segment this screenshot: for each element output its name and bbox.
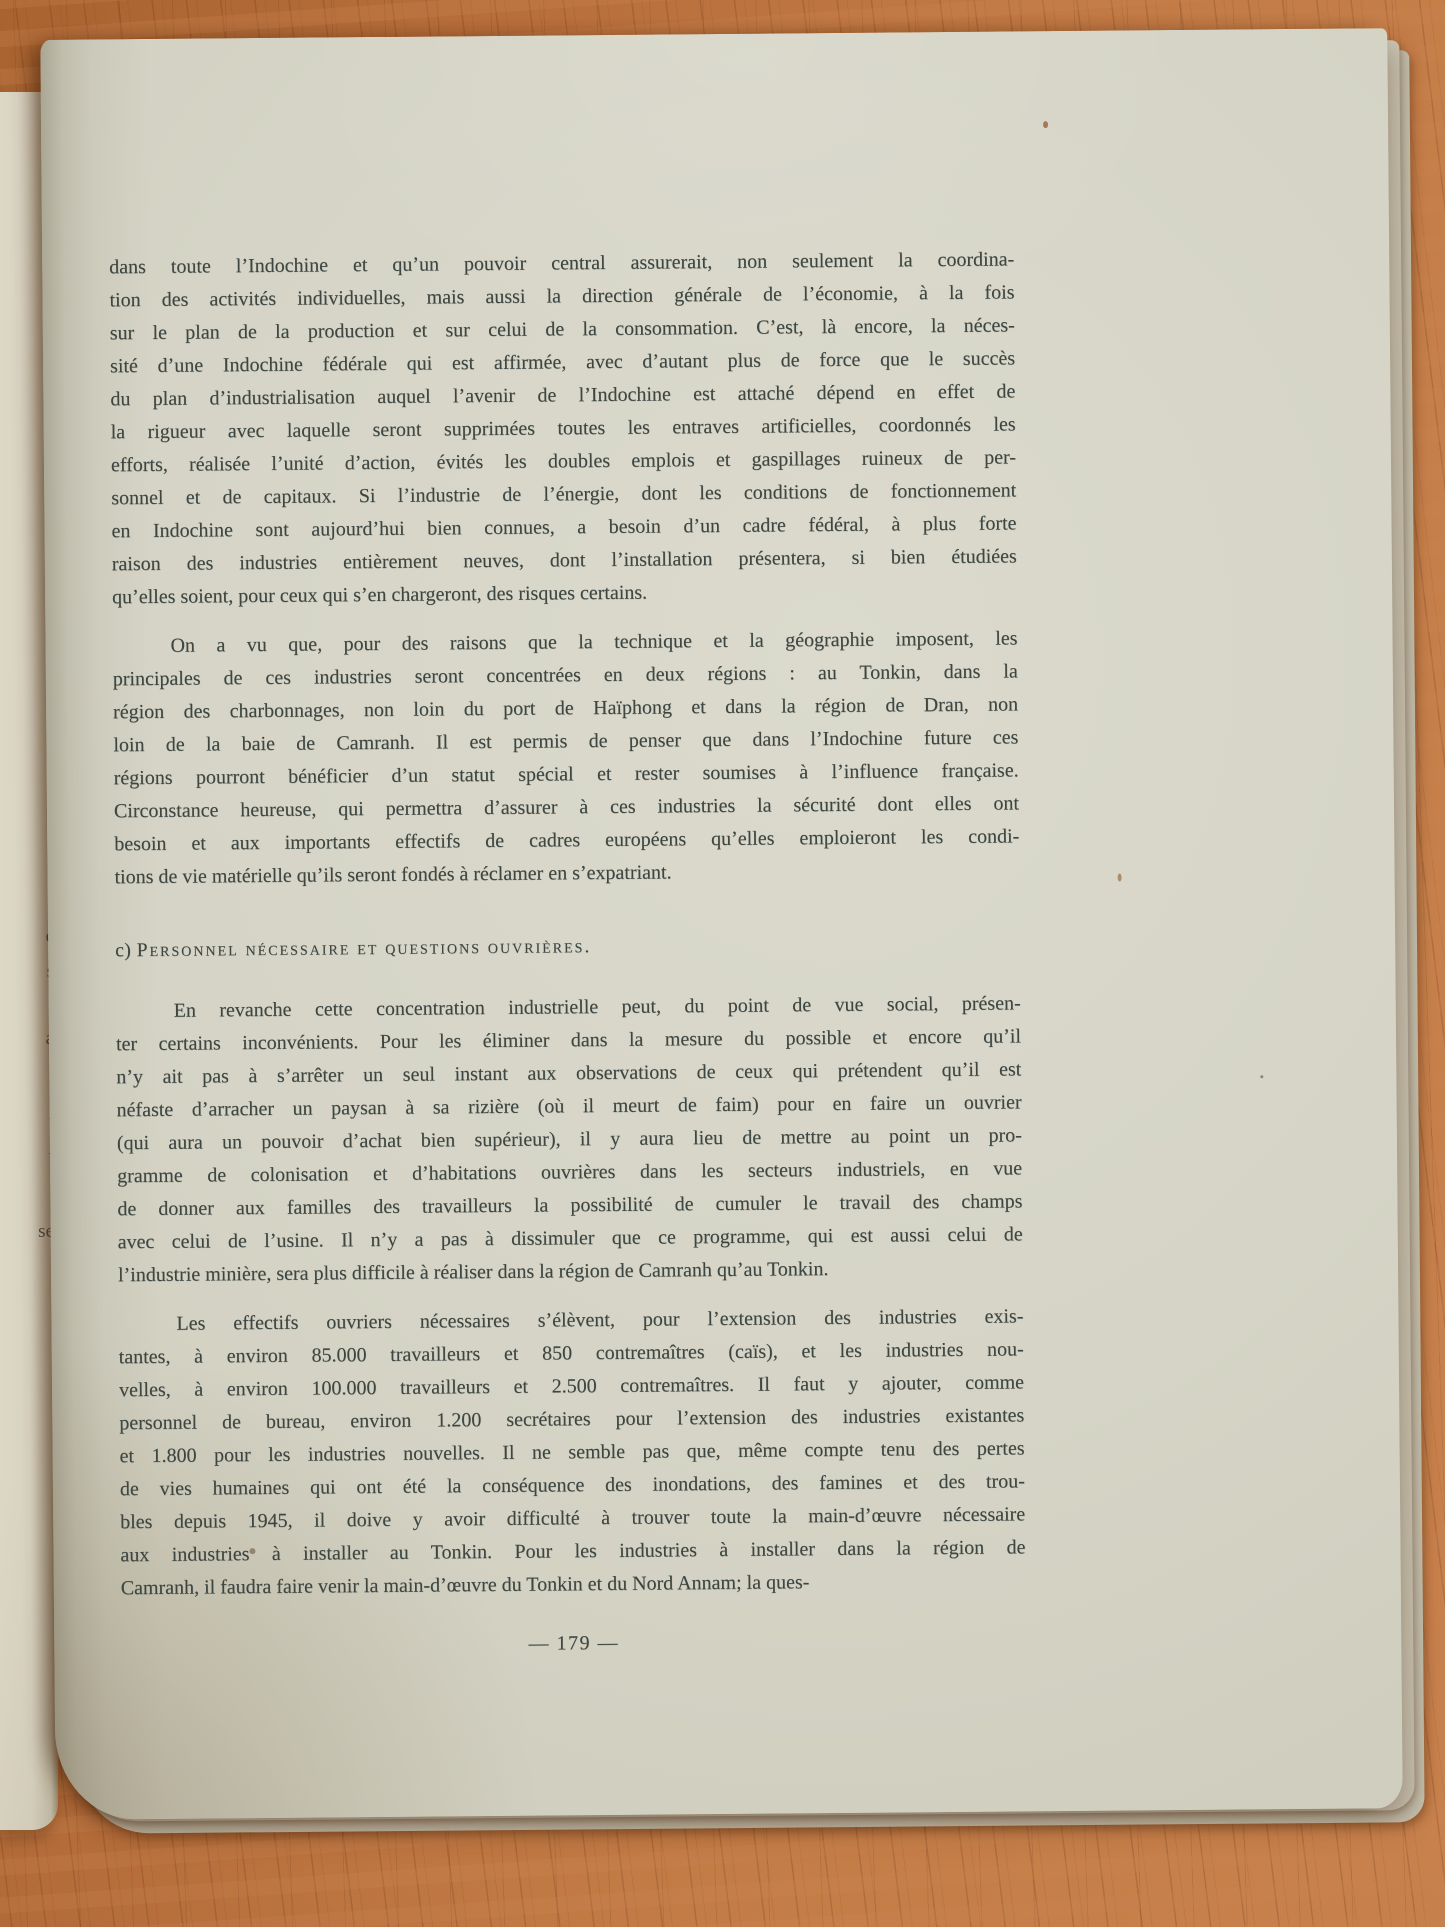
paper-speck xyxy=(1043,121,1048,128)
paragraph-4: Les effectifs ouvriers nécessaires s’élè… xyxy=(118,1300,1026,1605)
paragraph-1: dans toute l’Indochine et qu’un pouvoir … xyxy=(109,243,1017,614)
section-heading-text: Personnel nécessaire et questions ouvriè… xyxy=(137,936,592,961)
section-heading-prefix: c) xyxy=(115,940,131,961)
paper-speck xyxy=(1260,1075,1263,1078)
paragraph-3: En revanche cette concentration industri… xyxy=(116,987,1024,1292)
text-line: tions de vie matérielle qu’ils seront fo… xyxy=(114,853,1019,894)
page-number: — 179 — xyxy=(121,1623,1026,1664)
text-line: Camranh, il faudra faire venir la main-d… xyxy=(121,1564,1026,1605)
page-text-block: dans toute l’Indochine et qu’un pouvoir … xyxy=(109,243,1026,1664)
paragraph-2: On a vu que, pour des raisons que la tec… xyxy=(112,622,1019,894)
text-line: qu’elles soient, pour ceux qui s’en char… xyxy=(112,573,1017,614)
book-page: dans toute l’Indochine et qu’un pouvoir … xyxy=(40,28,1402,1820)
photo-scene: estattse dans toute l’Indochine et qu’un… xyxy=(0,0,1445,1927)
text-line: l’industrie minière, sera plus difficile… xyxy=(118,1251,1023,1292)
paper-speck xyxy=(1118,874,1122,882)
section-heading: c) Personnel nécessaire et questions ouv… xyxy=(115,926,1020,967)
